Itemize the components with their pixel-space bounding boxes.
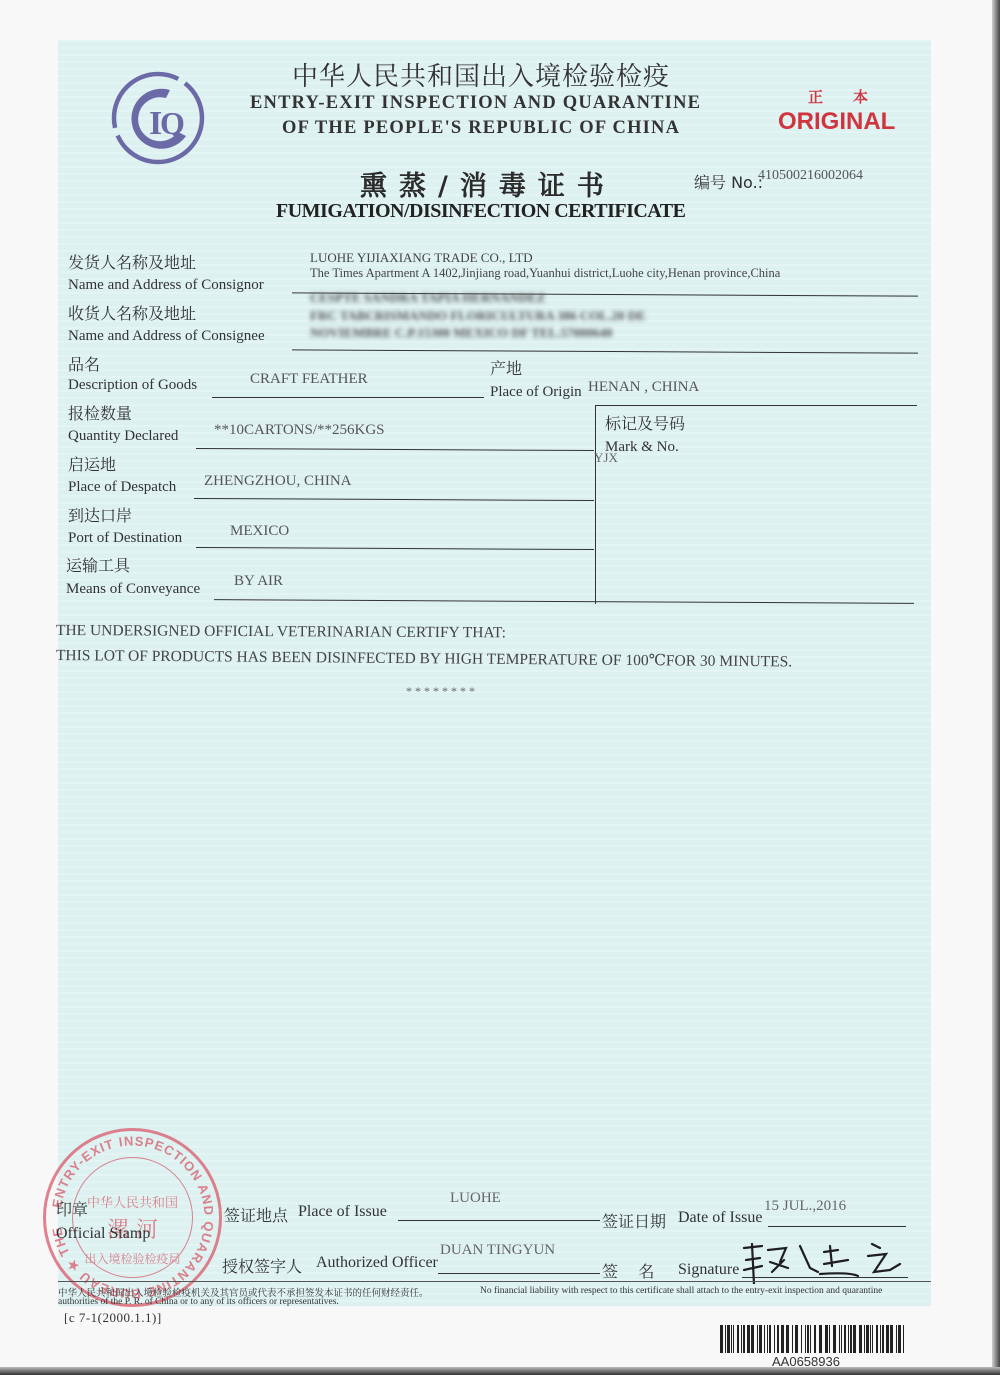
authority-title-en-line1: ENTRY-EXIT INSPECTION AND QUARANTINE (250, 93, 701, 114)
barcode-icon (720, 1325, 906, 1353)
quantity-value: **10CARTONS/**256KGS (214, 422, 385, 439)
conveyance-label-en: Means of Conveyance (66, 581, 200, 598)
despatch-label-cn: 启运地 (68, 452, 116, 475)
conveyance-label-cn: 运输工具 (66, 553, 130, 576)
disclaimer-en-line2: authorities of the P. R. of China or to … (58, 1297, 339, 1307)
certificate-title-en: FUMIGATION/DISINFECTION CERTIFICATE (276, 200, 685, 223)
place-of-issue-value: LUOHE (450, 1190, 501, 1207)
conveyance-value: BY AIR (234, 573, 283, 590)
marks-label-cn: 标记及号码 (605, 411, 685, 434)
consignee-label-cn: 收货人名称及地址 (68, 301, 196, 324)
consignor-address: The Times Apartment A 1402,Jinjiang road… (310, 266, 780, 281)
scan-edge-bottom (0, 1367, 1000, 1375)
destination-label-en: Port of Destination (68, 530, 182, 547)
authority-title-cn: 中华人民共和国出入境检验检疫 (292, 56, 670, 93)
consignor-label-cn: 发货人名称及地址 (68, 250, 196, 273)
consignee-label-en: Name and Address of Consignee (68, 328, 265, 345)
handwritten-signature-icon (740, 1238, 910, 1284)
consignor-name: LUOHE YIJIAXIANG TRADE CO., LTD (310, 250, 533, 266)
certification-end-mark: ******** (406, 684, 478, 699)
consignee-name-redacted: CESPTE SANDRA TAPIA HERNANDEZ (310, 290, 545, 306)
goods-value: CRAFT FEATHER (250, 371, 368, 388)
consignee-address-line2-redacted: NOVIEMBRE C.P.15300 MEXICO DF TEL.570006… (310, 325, 613, 341)
authorized-officer-value: DUAN TINGYUN (440, 1242, 555, 1259)
marks-value: YJX (594, 450, 618, 466)
marks-box-top (595, 405, 917, 406)
certificate-number-label: 编号 No.: (694, 170, 763, 193)
origin-label-en: Place of Origin (490, 384, 582, 401)
signature-label-en: Signature (678, 1261, 739, 1279)
certificate-number: 410500216002064 (758, 168, 863, 184)
authorized-officer-label-en: Authorized Officer (316, 1254, 438, 1272)
date-of-issue-underline (768, 1226, 906, 1227)
origin-label-cn: 产地 (490, 356, 522, 379)
consignee-address-line1-redacted: FRC TABCRISMANDO FLORICULTURA 386 COL.20… (310, 308, 646, 324)
goods-label-cn: 品名 (68, 352, 100, 375)
destination-label-cn: 到达口岸 (68, 503, 132, 526)
place-of-issue-underline (398, 1220, 600, 1221)
ciq-logo-icon: I Q (108, 68, 208, 168)
original-mark-en: ORIGINAL (778, 108, 895, 136)
stamp-label-en: Official Stamp (56, 1225, 150, 1243)
svg-text:出入境检验检疫局: 出入境检验检疫局 (84, 1251, 180, 1266)
quantity-label-en: Quantity Declared (68, 428, 178, 445)
quantity-label-cn: 报检数量 (68, 401, 132, 424)
date-of-issue-label-cn: 签证日期 (602, 1209, 666, 1232)
date-of-issue-value: 15 JUL.,2016 (764, 1198, 846, 1215)
stamp-label-cn: 印章 (56, 1197, 88, 1220)
goods-underline (212, 397, 484, 398)
destination-value: MEXICO (230, 523, 289, 540)
authorized-officer-underline (438, 1273, 600, 1274)
consignor-label-en: Name and Address of Consignor (68, 277, 264, 294)
footer-divider (58, 1281, 931, 1282)
place-of-issue-label-cn: 签证地点 (224, 1203, 288, 1226)
place-of-issue-label-en: Place of Issue (298, 1203, 387, 1221)
date-of-issue-label-en: Date of Issue (678, 1209, 762, 1227)
goods-label-en: Description of Goods (68, 377, 197, 394)
barcode-number: AA0658936 (772, 1354, 840, 1369)
despatch-value: ZHENGZHOU, CHINA (204, 473, 351, 490)
authorized-officer-label-cn: 授权签字人 (222, 1254, 302, 1277)
certification-line1: THE UNDERSIGNED OFFICIAL VETERINARIAN CE… (56, 622, 506, 642)
disclaimer-en-line1: No financial liability with respect to t… (480, 1286, 882, 1296)
scan-edge-right (992, 0, 1000, 1375)
signature-label-cn: 签 名 (602, 1259, 654, 1282)
origin-value: HENAN , CHINA (588, 379, 699, 396)
authority-title-en-line2: OF THE PEOPLE'S REPUBLIC OF CHINA (282, 118, 680, 139)
original-mark-cn: 正本 (808, 86, 898, 107)
despatch-label-en: Place of Despatch (68, 479, 176, 496)
certificate-paper (58, 40, 931, 1306)
certificate-title-cn: 熏蒸/消毒证书 (360, 164, 616, 203)
form-code: [c 7-1(2000.1.1)] (64, 1310, 162, 1326)
svg-text:中华人民共和国: 中华人民共和国 (87, 1195, 178, 1211)
marks-box-left (595, 405, 596, 604)
svg-text:Q: Q (160, 105, 185, 141)
